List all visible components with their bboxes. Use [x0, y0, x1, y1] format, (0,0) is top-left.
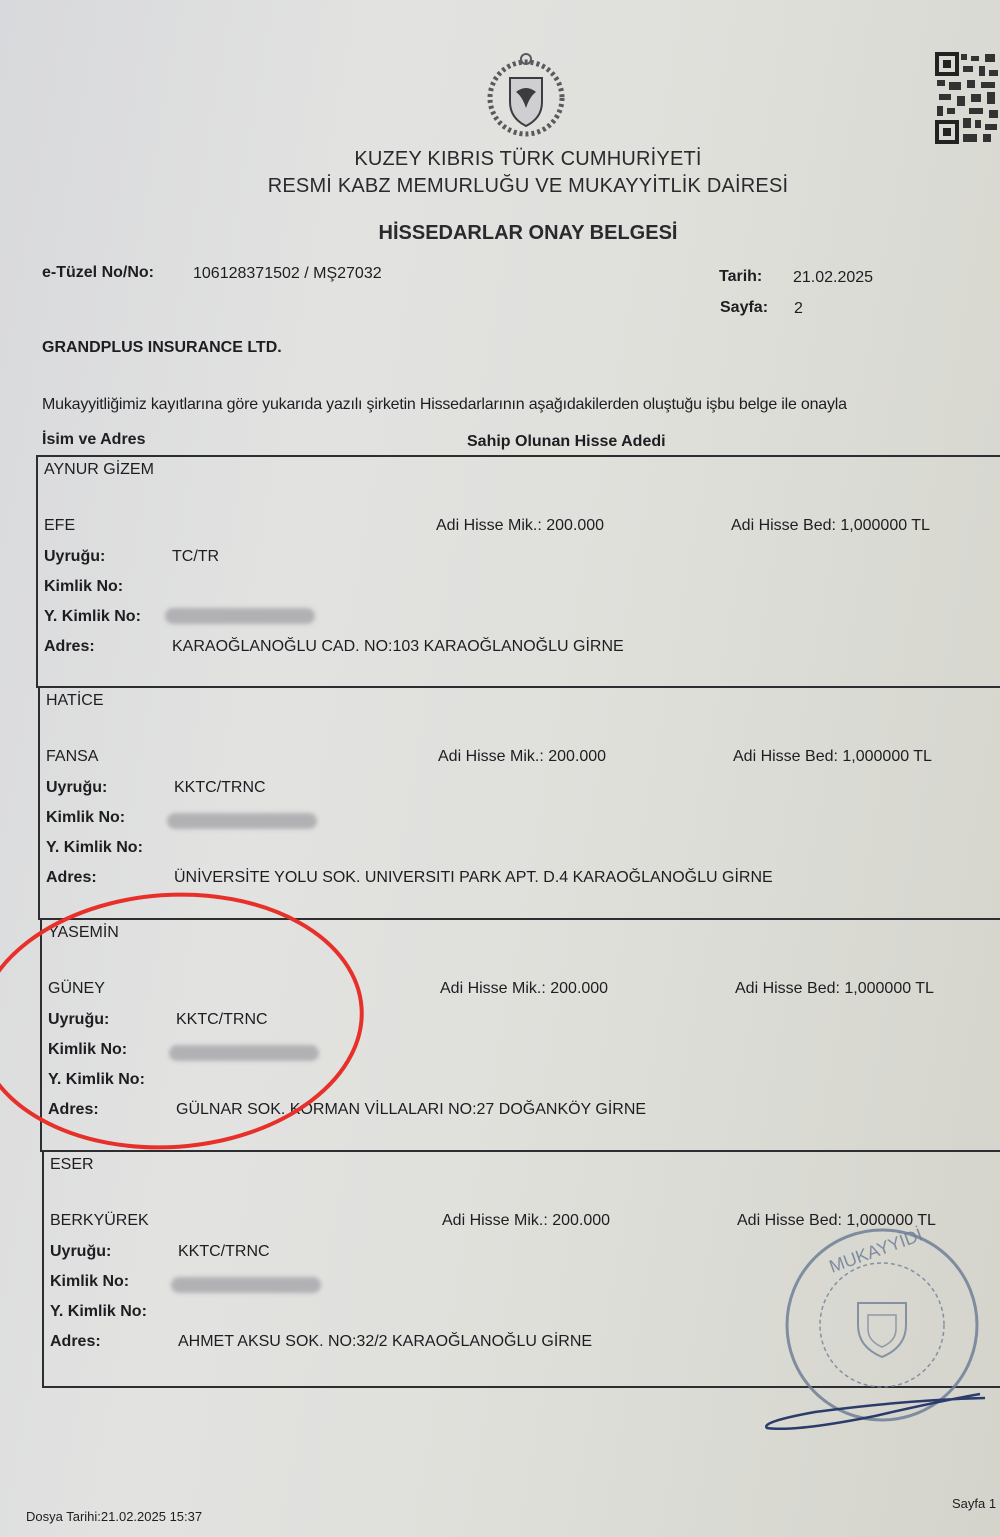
first-name: HATİCE — [46, 692, 103, 710]
nationality-label: Uyruğu: — [50, 1243, 111, 1261]
share-value: Adi Hisse Bed: 1,000000 TL — [735, 980, 934, 998]
etuzel-value: 106128371502 / MŞ27032 — [193, 265, 382, 283]
address-value: AHMET AKSU SOK. NO:32/2 KARAOĞLANOĞLU Gİ… — [178, 1333, 592, 1351]
last-name: FANSA — [46, 748, 98, 766]
nationality-value: KKTC/TRNC — [174, 779, 266, 797]
redacted-id-no — [171, 1277, 321, 1293]
share-quantity: Adi Hisse Mik.: 200.000 — [442, 1212, 610, 1230]
document-page: KUZEY KIBRIS TÜRK CUMHURİYETİ RESMİ KABZ… — [0, 0, 1000, 1537]
qr-code-icon[interactable] — [935, 52, 1000, 144]
nationality-value: KKTC/TRNC — [178, 1243, 270, 1261]
id-no-label: Kimlik No: — [50, 1273, 129, 1291]
highlight-circle-annotation — [0, 890, 370, 1155]
last-name: EFE — [44, 517, 75, 535]
foreign-id-no-label: Y. Kimlik No: — [50, 1303, 147, 1321]
nationality-label: Uyruğu: — [46, 779, 107, 797]
address-value: ÜNİVERSİTE YOLU SOK. UNIVERSITI PARK APT… — [174, 869, 773, 887]
etuzel-label: e-Tüzel No/No: — [42, 264, 154, 282]
id-no-label: Kimlik No: — [44, 578, 123, 596]
id-no-label: Kimlik No: — [46, 809, 125, 827]
page-value: 2 — [794, 300, 803, 318]
last-name: BERKYÜREK — [50, 1212, 149, 1230]
first-name: AYNUR GİZEM — [44, 461, 154, 479]
signature-icon — [755, 1380, 995, 1435]
share-quantity: Adi Hisse Mik.: 200.000 — [440, 980, 608, 998]
redacted-id-no — [167, 813, 317, 829]
page-label: Sayfa: — [720, 299, 768, 317]
date-label: Tarih: — [719, 268, 762, 286]
department-heading: RESMİ KABZ MEMURLUĞU VE MUKAYYİTLİK DAİR… — [0, 175, 1000, 198]
date-value: 21.02.2025 — [793, 269, 873, 287]
share-quantity: Adi Hisse Mik.: 200.000 — [438, 748, 606, 766]
share-value: Adi Hisse Bed: 1,000000 TL — [731, 517, 930, 535]
column-name-address: İsim ve Adres — [42, 431, 145, 449]
document-title: HİSSEDARLAR ONAY BELGESİ — [0, 222, 1000, 245]
svg-text:MUKAYYİDİ: MUKAYYİDİ — [827, 1225, 926, 1277]
page-note: Sayfa 1 — [952, 1496, 996, 1511]
address-label: Adres: — [46, 869, 97, 887]
nationality-value: TC/TR — [172, 548, 219, 566]
address-value: KARAOĞLANOĞLU CAD. NO:103 KARAOĞLANOĞLU … — [172, 638, 624, 656]
company-name: GRANDPLUS INSURANCE LTD. — [42, 339, 282, 357]
first-name: ESER — [50, 1156, 94, 1174]
share-quantity: Adi Hisse Mik.: 200.000 — [436, 517, 604, 535]
address-label: Adres: — [50, 1333, 101, 1351]
intro-text: Mukayyitliğimiz kayıtlarına göre yukarıd… — [42, 396, 847, 414]
column-shares-owned: Sahip Olunan Hisse Adedi — [467, 433, 666, 451]
share-value: Adi Hisse Bed: 1,000000 TL — [733, 748, 932, 766]
trnc-coat-of-arms-icon — [480, 50, 572, 142]
country-heading: KUZEY KIBRIS TÜRK CUMHURİYETİ — [0, 148, 1000, 171]
foreign-id-no-label: Y. Kimlik No: — [46, 839, 143, 857]
redacted-foreign-id-no — [165, 608, 315, 624]
file-date: Dosya Tarihi:21.02.2025 15:37 — [26, 1509, 202, 1524]
nationality-label: Uyruğu: — [44, 548, 105, 566]
address-label: Adres: — [44, 638, 95, 656]
foreign-id-no-label: Y. Kimlik No: — [44, 608, 141, 626]
